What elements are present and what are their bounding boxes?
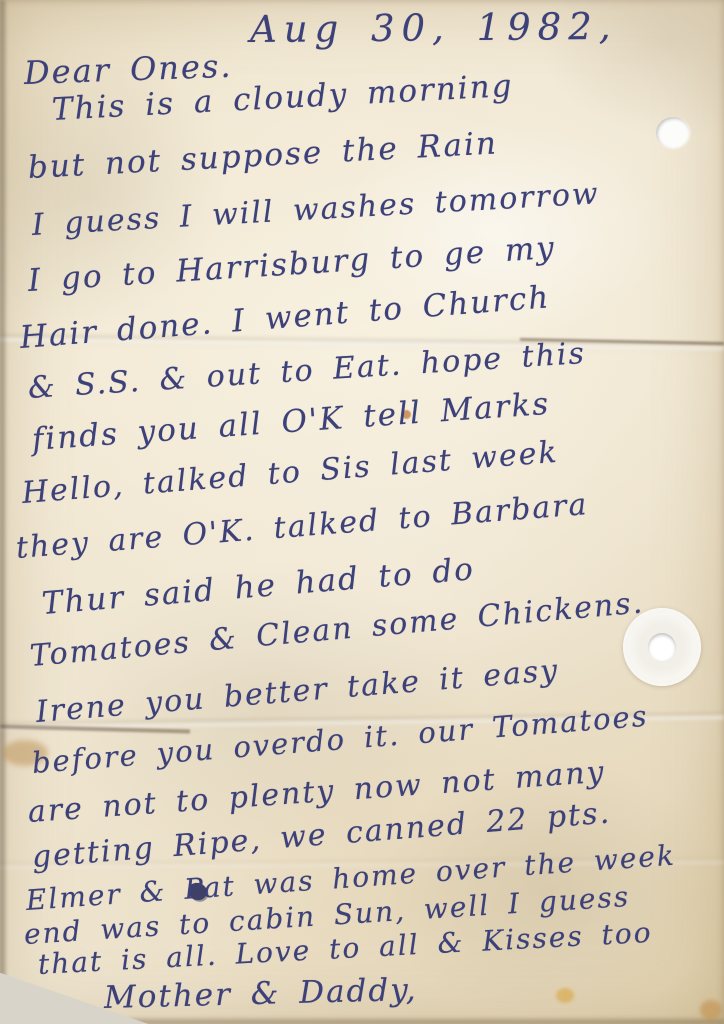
stain-spot (556, 988, 574, 1003)
stain-spot (700, 1000, 722, 1020)
letter-signature: Mother & Daddy, (104, 972, 418, 1016)
letter-paper: Aug 30, 1982, Dear Ones. This is a cloud… (0, 0, 724, 1024)
paper-edge (0, 0, 5, 983)
scanned-letter: Aug 30, 1982, Dear Ones. This is a cloud… (0, 0, 724, 1024)
letter-date: Aug 30, 1982, (250, 5, 618, 51)
paper-edge (130, 1019, 724, 1024)
punch-hole-icon (653, 114, 692, 151)
letter-line: but not suppose the Rain (27, 125, 499, 186)
punch-hole-icon (648, 633, 676, 661)
